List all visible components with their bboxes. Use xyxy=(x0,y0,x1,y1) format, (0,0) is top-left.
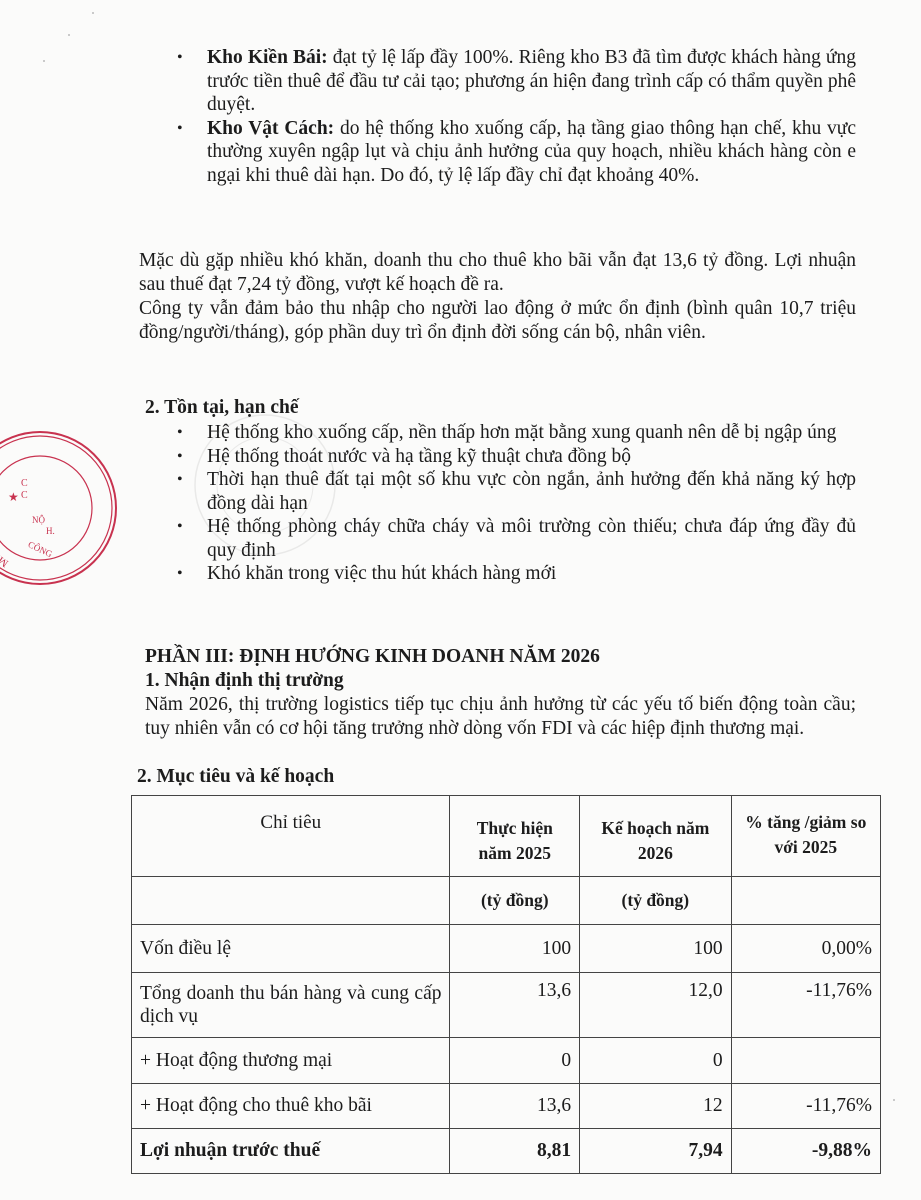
list-item: Kho Vật Cách: do hệ thống kho xuống cấp,… xyxy=(173,117,856,188)
section-heading: 2. Tồn tại, hạn chế xyxy=(145,396,299,419)
list-item: Thời hạn thuê đất tại một số khu vực còn… xyxy=(173,468,856,515)
svg-text:NỘ: NỘ xyxy=(32,515,45,525)
change-cell xyxy=(731,1038,880,1084)
paragraph-revenue: Mặc dù gặp nhiều khó khăn, doanh thu cho… xyxy=(139,249,856,296)
actual-2025-cell: 8,81 xyxy=(450,1129,580,1174)
scan-speck xyxy=(92,12,94,14)
row-label: + Hoạt động cho thuê kho bãi xyxy=(132,1084,450,1129)
plan-2026-cell: 0 xyxy=(580,1038,732,1084)
change-cell: -11,76% xyxy=(731,973,880,1038)
row-label: Vốn điều lệ xyxy=(132,925,450,973)
table-units-row: (tỷ đồng) (tỷ đồng) xyxy=(132,877,881,925)
actual-2025-cell: 100 xyxy=(450,925,580,973)
actual-2025-cell: 0 xyxy=(450,1038,580,1084)
row-label: + Hoạt động thương mại xyxy=(132,1038,450,1084)
part-title: PHẦN III: ĐỊNH HƯỚNG KINH DOANH NĂM 2026 xyxy=(145,645,600,668)
unit-cell: (tỷ đồng) xyxy=(450,877,580,925)
row-label: Lợi nhuận trước thuế xyxy=(132,1129,450,1174)
actual-2025-cell: 13,6 xyxy=(450,1084,580,1129)
table-row-total: Lợi nhuận trước thuế 8,81 7,94 -9,88% xyxy=(132,1129,881,1174)
company-stamp-icon: M.S.D ★ C C NỘ H. CÔNG xyxy=(0,428,120,588)
plan-2026-cell: 100 xyxy=(580,925,732,973)
limitations-list: Hệ thống kho xuống cấp, nền thấp hơn mặt… xyxy=(173,421,856,586)
change-cell: 0,00% xyxy=(731,925,880,973)
scan-speck xyxy=(893,1099,895,1101)
scan-speck xyxy=(68,34,70,36)
table-row: Tổng doanh thu bán hàng và cung cấp dịch… xyxy=(132,973,881,1038)
table-row: + Hoạt động cho thuê kho bãi 13,6 12 -11… xyxy=(132,1084,881,1129)
row-label: Tổng doanh thu bán hàng và cung cấp dịch… xyxy=(132,973,450,1038)
change-cell: -9,88% xyxy=(731,1129,880,1174)
paragraph-market: Năm 2026, thị trường logistics tiếp tục … xyxy=(145,693,856,740)
scan-speck xyxy=(43,60,45,62)
table-row: + Hoạt động thương mại 0 0 xyxy=(132,1038,881,1084)
unit-cell: (tỷ đồng) xyxy=(580,877,732,925)
svg-text:★: ★ xyxy=(8,490,19,504)
item-title: Kho Vật Cách: xyxy=(207,118,334,139)
item-title: Kho Kiền Bái: xyxy=(207,47,328,68)
paragraph-income: Công ty vẫn đảm bảo thu nhập cho người l… xyxy=(139,297,856,344)
plan-2026-cell: 12 xyxy=(580,1084,732,1129)
business-plan-table: Chỉ tiêu Thực hiện năm 2025 Kế hoạch năm… xyxy=(131,795,881,1174)
list-item: Hệ thống kho xuống cấp, nền thấp hơn mặt… xyxy=(173,421,856,445)
column-header: Kế hoạch năm 2026 xyxy=(580,796,732,877)
unit-cell xyxy=(731,877,880,925)
column-header: % tăng /giảm so với 2025 xyxy=(731,796,880,877)
list-item: Kho Kiền Bái: đạt tỷ lệ lấp đầy 100%. Ri… xyxy=(173,46,856,117)
change-cell: -11,76% xyxy=(731,1084,880,1129)
column-header: Thực hiện năm 2025 xyxy=(450,796,580,877)
list-item: Hệ thống phòng cháy chữa cháy và môi trư… xyxy=(173,515,856,562)
table-row: Vốn điều lệ 100 100 0,00% xyxy=(132,925,881,973)
subsection-heading: 1. Nhận định thị trường xyxy=(145,669,344,692)
plan-2026-cell: 12,0 xyxy=(580,973,732,1038)
warehouse-status-list: Kho Kiền Bái: đạt tỷ lệ lấp đầy 100%. Ri… xyxy=(173,46,856,187)
subsection-heading: 2. Mục tiêu và kế hoạch xyxy=(137,765,334,788)
svg-text:C: C xyxy=(21,490,28,501)
svg-text:M.S.D: M.S.D xyxy=(0,538,14,570)
unit-cell xyxy=(132,877,450,925)
svg-text:CÔNG: CÔNG xyxy=(27,539,55,559)
actual-2025-cell: 13,6 xyxy=(450,973,580,1038)
plan-2026-cell: 7,94 xyxy=(580,1129,732,1174)
table-header-row: Chỉ tiêu Thực hiện năm 2025 Kế hoạch năm… xyxy=(132,796,881,877)
list-item: Khó khăn trong việc thu hút khách hàng m… xyxy=(173,562,856,586)
column-header: Chỉ tiêu xyxy=(132,796,450,877)
svg-text:H.: H. xyxy=(46,526,55,536)
list-item: Hệ thống thoát nước và hạ tầng kỹ thuật … xyxy=(173,445,856,469)
svg-text:C: C xyxy=(21,478,28,489)
